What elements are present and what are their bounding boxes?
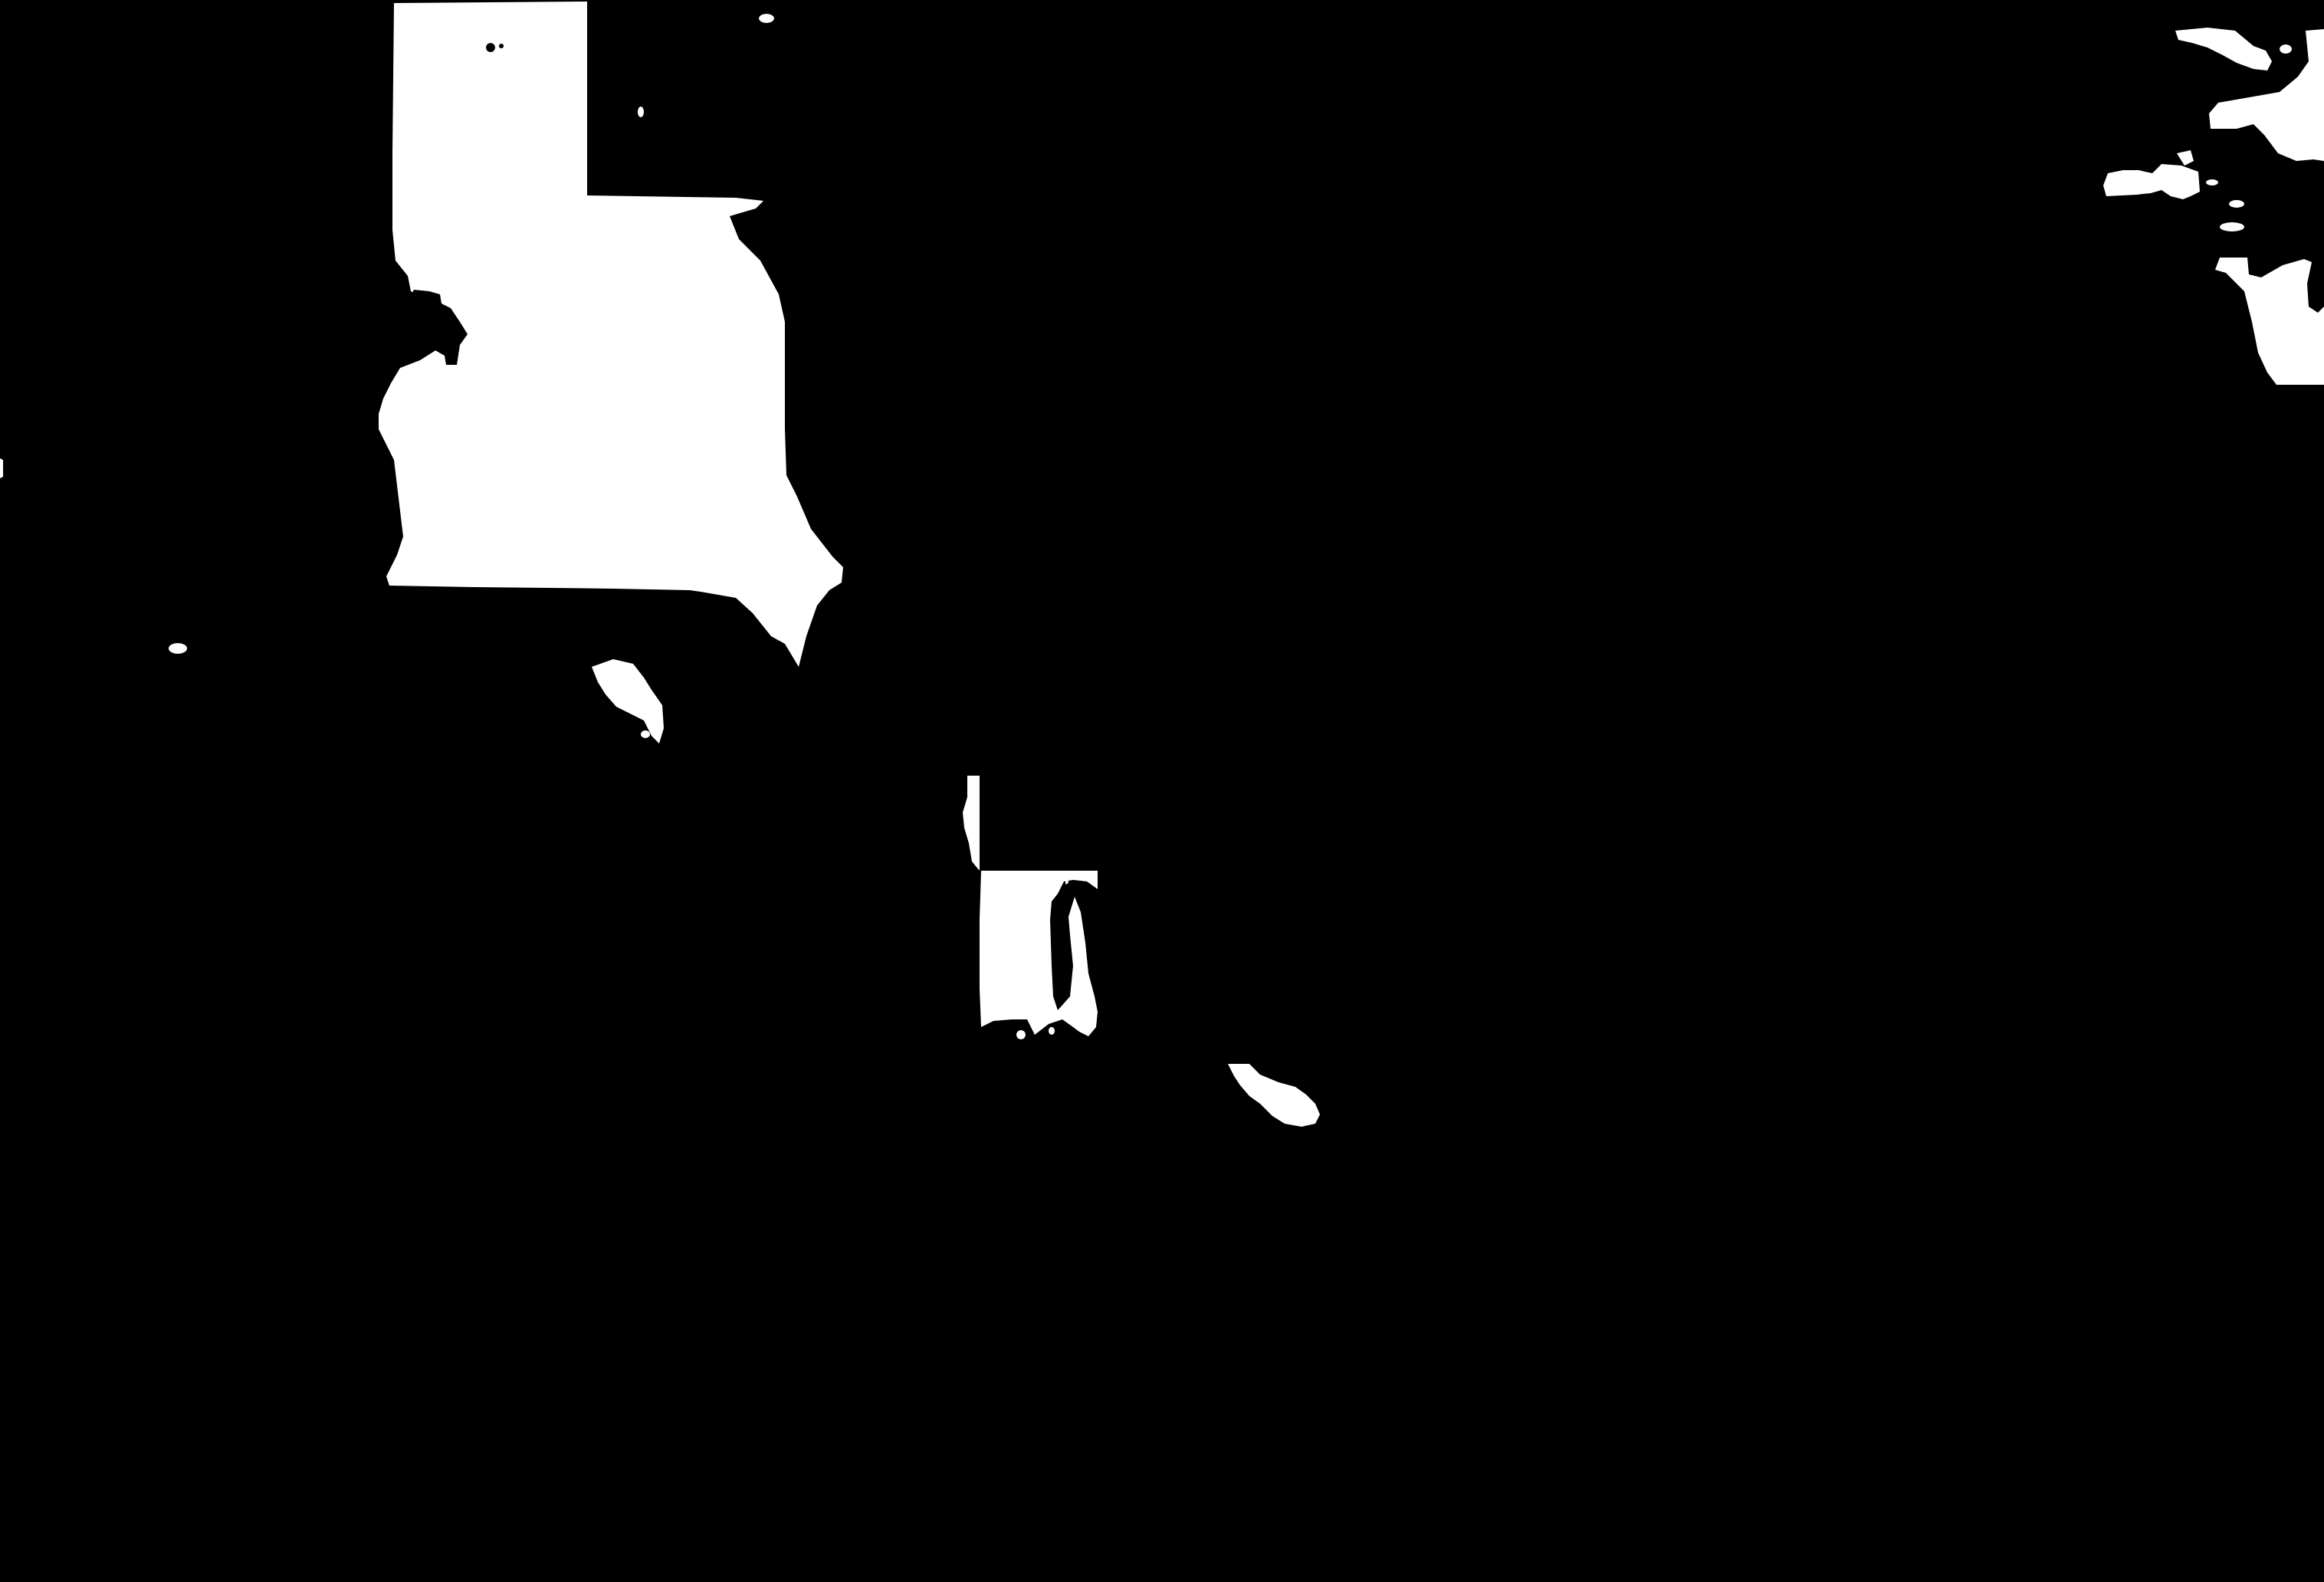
segmentation-mask <box>0 0 2324 1582</box>
